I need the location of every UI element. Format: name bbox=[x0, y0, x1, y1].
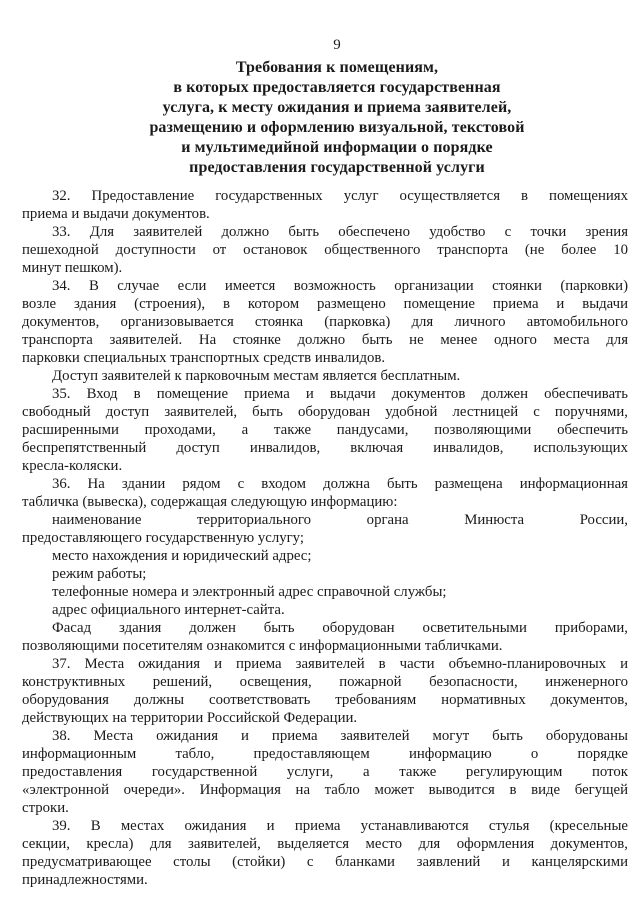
text-line: приема и выдачи документов. bbox=[22, 205, 628, 223]
document-page: 9 Требования к помещениям, в которых пре… bbox=[0, 0, 640, 905]
text-line: оборудования должны соответствовать треб… bbox=[22, 691, 628, 709]
text-line: телефонные номера и электронный адрес сп… bbox=[22, 583, 628, 601]
text-line: 36. На здании рядом с входом должна быть… bbox=[22, 475, 628, 493]
text-line: наименование территориального органа Мин… bbox=[22, 511, 628, 529]
text-line: минут пешком). bbox=[22, 259, 628, 277]
text-line: режим работы; bbox=[22, 565, 628, 583]
page-number: 9 bbox=[22, 0, 628, 54]
text-line: 37. Места ожидания и приема заявителей в… bbox=[22, 655, 628, 673]
text-line: 32. Предоставление государственных услуг… bbox=[22, 187, 628, 205]
list-item-website: адрес официального интернет-сайта. bbox=[22, 601, 628, 619]
heading-line: в которых предоставляется государственна… bbox=[46, 78, 628, 98]
text-line: конструктивных решений, освещения, пожар… bbox=[22, 673, 628, 691]
text-line: возле здания (строения), в котором разме… bbox=[22, 295, 628, 313]
heading-line: размещению и оформлению визуальной, текс… bbox=[46, 118, 628, 138]
heading-line: и мультимедийной информации о порядке bbox=[46, 138, 628, 158]
text-line: кресла-коляски. bbox=[22, 457, 628, 475]
text-line: беспрепятственный доступ инвалидов, вклю… bbox=[22, 439, 628, 457]
heading-line: Требования к помещениям, bbox=[46, 58, 628, 78]
list-item-org-name: наименование территориального органа Мин… bbox=[22, 511, 628, 547]
text-line: принадлежностями. bbox=[22, 871, 628, 889]
document-body: 32. Предоставление государственных услуг… bbox=[22, 187, 628, 889]
document-content: 9 Требования к помещениям, в которых пре… bbox=[22, 0, 628, 889]
text-line: строки. bbox=[22, 799, 628, 817]
text-line: информационным табло, предоставляющем ин… bbox=[22, 745, 628, 763]
list-item-phones: телефонные номера и электронный адрес сп… bbox=[22, 583, 628, 601]
heading-line: услуга, к месту ожидания и приема заявит… bbox=[46, 98, 628, 118]
text-line: табличка (вывеска), содержащая следующую… bbox=[22, 493, 628, 511]
section-heading: Требования к помещениям, в которых предо… bbox=[22, 58, 628, 178]
text-line: 35. Вход в помещение приема и выдачи док… bbox=[22, 385, 628, 403]
paragraph-32: 32. Предоставление государственных услуг… bbox=[22, 187, 628, 223]
paragraph-facade: Фасад здания должен быть оборудован осве… bbox=[22, 619, 628, 655]
text-line: документов, организовывается стоянка (па… bbox=[22, 313, 628, 331]
text-line: Фасад здания должен быть оборудован осве… bbox=[22, 619, 628, 637]
text-line: секции, кресла) для заявителей, выделяет… bbox=[22, 835, 628, 853]
text-line: 34. В случае если имеется возможность ор… bbox=[22, 277, 628, 295]
text-line: свободный доступ заявителей, быть оборуд… bbox=[22, 403, 628, 421]
text-line: 39. В местах ожидания и приема устанавли… bbox=[22, 817, 628, 835]
list-item-address: место нахождения и юридический адрес; bbox=[22, 547, 628, 565]
text-line: позволяющими посетителям ознакомится с и… bbox=[22, 637, 628, 655]
text-line: транспорта заявителей. На стоянке должно… bbox=[22, 331, 628, 349]
paragraph-35: 35. Вход в помещение приема и выдачи док… bbox=[22, 385, 628, 475]
text-line: 33. Для заявителей должно быть обеспечен… bbox=[22, 223, 628, 241]
text-line: Доступ заявителей к парковочным местам я… bbox=[22, 367, 628, 385]
text-line: пешеходной доступности от остановок обще… bbox=[22, 241, 628, 259]
text-line: место нахождения и юридический адрес; bbox=[22, 547, 628, 565]
paragraph-38: 38. Места ожидания и приема заявителей м… bbox=[22, 727, 628, 817]
text-line: адрес официального интернет-сайта. bbox=[22, 601, 628, 619]
text-line: расширенными проходами, а также пандусам… bbox=[22, 421, 628, 439]
paragraph-33: 33. Для заявителей должно быть обеспечен… bbox=[22, 223, 628, 277]
text-line: «электронной очереди». Информация на таб… bbox=[22, 781, 628, 799]
text-line: предоставления государственной услуги, а… bbox=[22, 763, 628, 781]
text-line: парковки специальных транспортных средст… bbox=[22, 349, 628, 367]
text-line: предоставляющего государственную услугу; bbox=[22, 529, 628, 547]
text-line: предусматривающее столы (стойки) с бланк… bbox=[22, 853, 628, 871]
list-item-work-hours: режим работы; bbox=[22, 565, 628, 583]
paragraph-36: 36. На здании рядом с входом должна быть… bbox=[22, 475, 628, 511]
text-line: 38. Места ожидания и приема заявителей м… bbox=[22, 727, 628, 745]
text-line: действующих на территории Российской Фед… bbox=[22, 709, 628, 727]
paragraph-34: 34. В случае если имеется возможность ор… bbox=[22, 277, 628, 367]
paragraph-37: 37. Места ожидания и приема заявителей в… bbox=[22, 655, 628, 727]
paragraph-parking-access: Доступ заявителей к парковочным местам я… bbox=[22, 367, 628, 385]
heading-line: предоставления государственной услуги bbox=[46, 158, 628, 178]
paragraph-39: 39. В местах ожидания и приема устанавли… bbox=[22, 817, 628, 889]
